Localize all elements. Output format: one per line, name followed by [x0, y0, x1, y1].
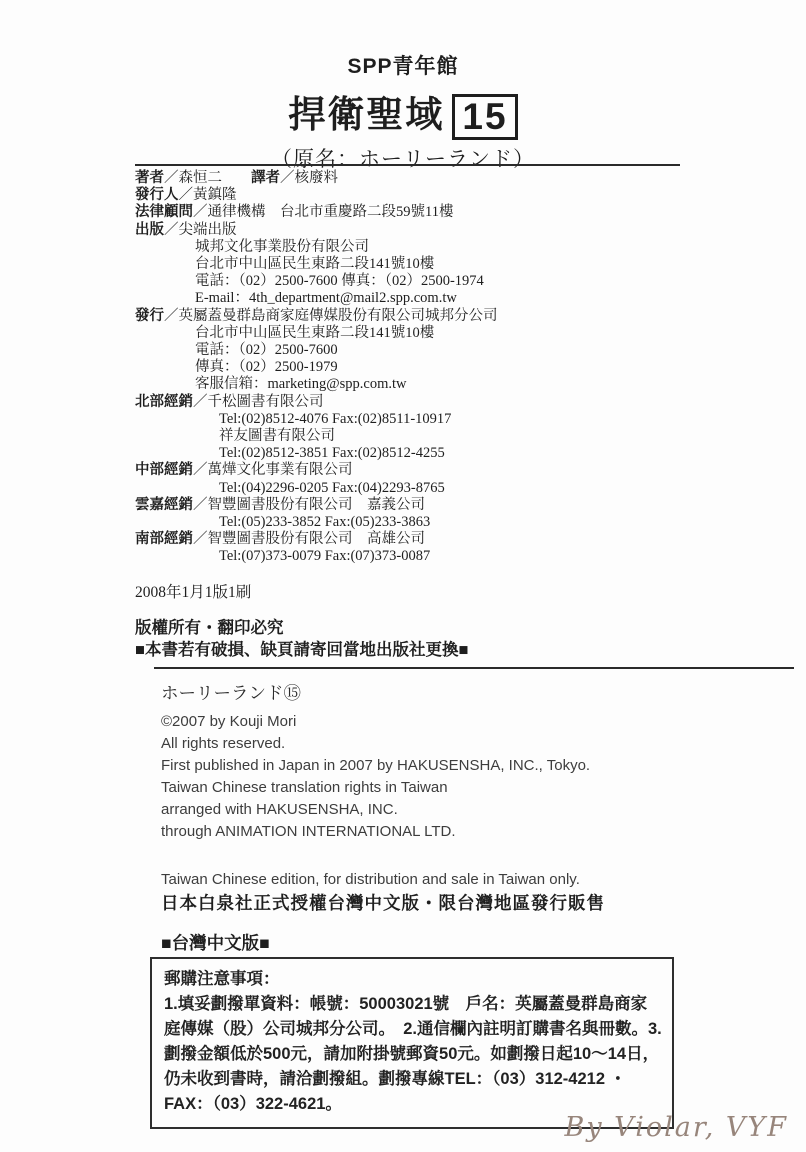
license-line: arranged with HAKUSENSHA, INC. — [161, 799, 721, 821]
japanese-title: ホーリーランド⑮ — [161, 680, 721, 705]
printing-info: 2008年1月1版1刷 — [135, 580, 251, 602]
colophon-value: ／智豐圖書股份有限公司 嘉義公司 — [193, 497, 425, 513]
colophon-value: Tel:(04)2296-0205 Fax:(04)2293-8765 — [219, 480, 445, 496]
colophon-value: 傳真：（02）2500-1979 — [195, 359, 338, 375]
book-title-text: 捍衛聖域 — [288, 94, 444, 135]
license-line: through ANIMATION INTERNATIONAL LTD. — [161, 821, 721, 843]
license-line: ©2007 by Kouji Mori — [161, 711, 721, 733]
distribution-statement-en: Taiwan Chinese edition, for distribution… — [161, 871, 580, 888]
colophon-value: ／尖端出版 — [164, 222, 237, 238]
colophon-value: ／森恒二 — [164, 170, 251, 186]
colophon-line: Tel:(04)2296-0205 Fax:(04)2293-8765 — [135, 480, 695, 497]
license-block: ホーリーランド⑮ ©2007 by Kouji MoriAll rights r… — [161, 680, 721, 843]
colophon-line: 著者／森恒二 譯者／核廢料 — [135, 170, 695, 187]
colophon-line: 南部經銷／智豐圖書股份有限公司 高雄公司 — [135, 531, 695, 548]
mail-order-box: 郵購注意事項： 1.填妥劃撥單資料：帳號：50003021號 戶名：英屬蓋曼群島… — [150, 957, 674, 1129]
colophon-value: ／英屬蓋曼群島商家庭傳媒股份有限公司城邦分公司 — [164, 308, 498, 324]
damaged-replacement-notice: ■本書若有破損、缺頁請寄回當地出版社更換■ — [135, 636, 468, 660]
colophon-line: 雲嘉經銷／智豐圖書股份有限公司 嘉義公司 — [135, 497, 695, 514]
colophon-label: 出版 — [135, 222, 164, 238]
colophon-label: 雲嘉經銷 — [135, 497, 193, 513]
colophon-line: 城邦文化事業股份有限公司 — [135, 239, 695, 256]
colophon-value: Tel:(05)233-3852 Fax:(05)233-3863 — [219, 514, 430, 530]
colophon-label: 著者 — [135, 170, 164, 186]
license-lines: ©2007 by Kouji MoriAll rights reserved.F… — [161, 711, 721, 843]
colophon-value: 電話：（02）2500-7600 傳真：（02）2500-1974 — [195, 273, 484, 289]
license-line: Taiwan Chinese translation rights in Tai… — [161, 777, 721, 799]
colophon-line: 祥友圖書有限公司 — [135, 428, 695, 445]
volume-number-box: 15 — [452, 94, 517, 140]
colophon-label: 發行人 — [135, 187, 179, 203]
colophon-value: Tel:(02)8512-3851 Fax:(02)8512-4255 — [219, 445, 445, 461]
colophon-line: 北部經銷／千松圖書有限公司 — [135, 394, 695, 411]
mail-order-body: 1.填妥劃撥單資料：帳號：50003021號 戶名：英屬蓋曼群島商家庭傳媒（股）… — [164, 992, 662, 1117]
colophon-line: 發行／英屬蓋曼群島商家庭傳媒股份有限公司城邦分公司 — [135, 308, 695, 325]
colophon-value: 祥友圖書有限公司 — [219, 428, 335, 444]
colophon-value: ／萬燁文化事業有限公司 — [193, 462, 353, 478]
colophon-value: 客服信箱：marketing@spp.com.tw — [195, 376, 407, 392]
colophon-line: Tel:(02)8512-4076 Fax:(02)8511-10917 — [135, 411, 695, 428]
copyright-notice: 版權所有・翻印必究 — [135, 614, 284, 638]
colophon-line: Tel:(02)8512-3851 Fax:(02)8512-4255 — [135, 445, 695, 462]
divider-middle — [154, 667, 794, 669]
colophon-line: 台北市中山區民生東路二段141號10樓 — [135, 325, 695, 342]
colophon-label: 北部經銷 — [135, 394, 193, 410]
colophon-value: Tel:(07)373-0079 Fax:(07)373-0087 — [219, 548, 430, 564]
colophon-label: 譯者 — [251, 170, 280, 186]
colophon-line: 電話：（02）2500-7600 — [135, 342, 695, 359]
imprint-label: SPP青年館 — [0, 50, 806, 80]
colophon-line: 中部經銷／萬燁文化事業有限公司 — [135, 462, 695, 479]
license-line: All rights reserved. — [161, 733, 721, 755]
colophon-value: ／智豐圖書股份有限公司 高雄公司 — [193, 531, 425, 547]
original-title: （原名：ホーリーランド） — [0, 143, 806, 173]
colophon-label: 發行 — [135, 308, 164, 324]
colophon-value: ／千松圖書有限公司 — [193, 394, 324, 410]
colophon-value: E-mail：4th_department@mail2.spp.com.tw — [195, 290, 457, 306]
colophon-value: 台北市中山區民生東路二段141號10樓 — [195, 256, 434, 272]
colophon-line: 法律顧問／通律機構 台北市重慶路二段59號11樓 — [135, 204, 695, 221]
mail-order-heading: 郵購注意事項： — [164, 967, 662, 992]
colophon-value: 城邦文化事業股份有限公司 — [195, 239, 369, 255]
colophon-value: 電話：（02）2500-7600 — [195, 342, 338, 358]
divider-top — [135, 164, 680, 166]
colophon-line: 電話：（02）2500-7600 傳真：（02）2500-1974 — [135, 273, 695, 290]
colophon-line: 傳真：（02）2500-1979 — [135, 359, 695, 376]
taiwan-edition-tag: ■台灣中文版■ — [161, 930, 270, 955]
colophon-value: ／黃鎮隆 — [179, 187, 237, 203]
colophon-line: 客服信箱：marketing@spp.com.tw — [135, 376, 695, 393]
colophon-label: 法律顧問 — [135, 204, 193, 220]
colophon-line: Tel:(05)233-3852 Fax:(05)233-3863 — [135, 514, 695, 531]
colophon-value: Tel:(02)8512-4076 Fax:(02)8511-10917 — [219, 411, 451, 427]
colophon-value: ／核廢料 — [280, 170, 338, 186]
colophon-line: Tel:(07)373-0079 Fax:(07)373-0087 — [135, 548, 695, 565]
colophon-label: 中部經銷 — [135, 462, 193, 478]
colophon-line: 台北市中山區民生東路二段141號10樓 — [135, 256, 695, 273]
colophon-value: 台北市中山區民生東路二段141號10樓 — [195, 325, 434, 341]
colophon-line: E-mail：4th_department@mail2.spp.com.tw — [135, 290, 695, 307]
colophon-value: ／通律機構 台北市重慶路二段59號11樓 — [193, 204, 453, 220]
watermark-signature: By Violar, VYF — [565, 1112, 789, 1143]
license-line: First published in Japan in 2007 by HAKU… — [161, 755, 721, 777]
colophon-line: 出版／尖端出版 — [135, 222, 695, 239]
colophon-label: 南部經銷 — [135, 531, 193, 547]
colophon-block: 著者／森恒二 譯者／核廢料發行人／黃鎮隆法律顧問／通律機構 台北市重慶路二段59… — [135, 170, 695, 566]
distribution-statement-zh: 日本白泉社正式授權台灣中文版・限台灣地區發行販售 — [161, 890, 605, 915]
book-title: 捍衛聖域15 — [0, 84, 806, 140]
colophon-line: 發行人／黃鎮隆 — [135, 187, 695, 204]
book-header: SPP青年館 捍衛聖域15 （原名：ホーリーランド） — [0, 50, 806, 173]
